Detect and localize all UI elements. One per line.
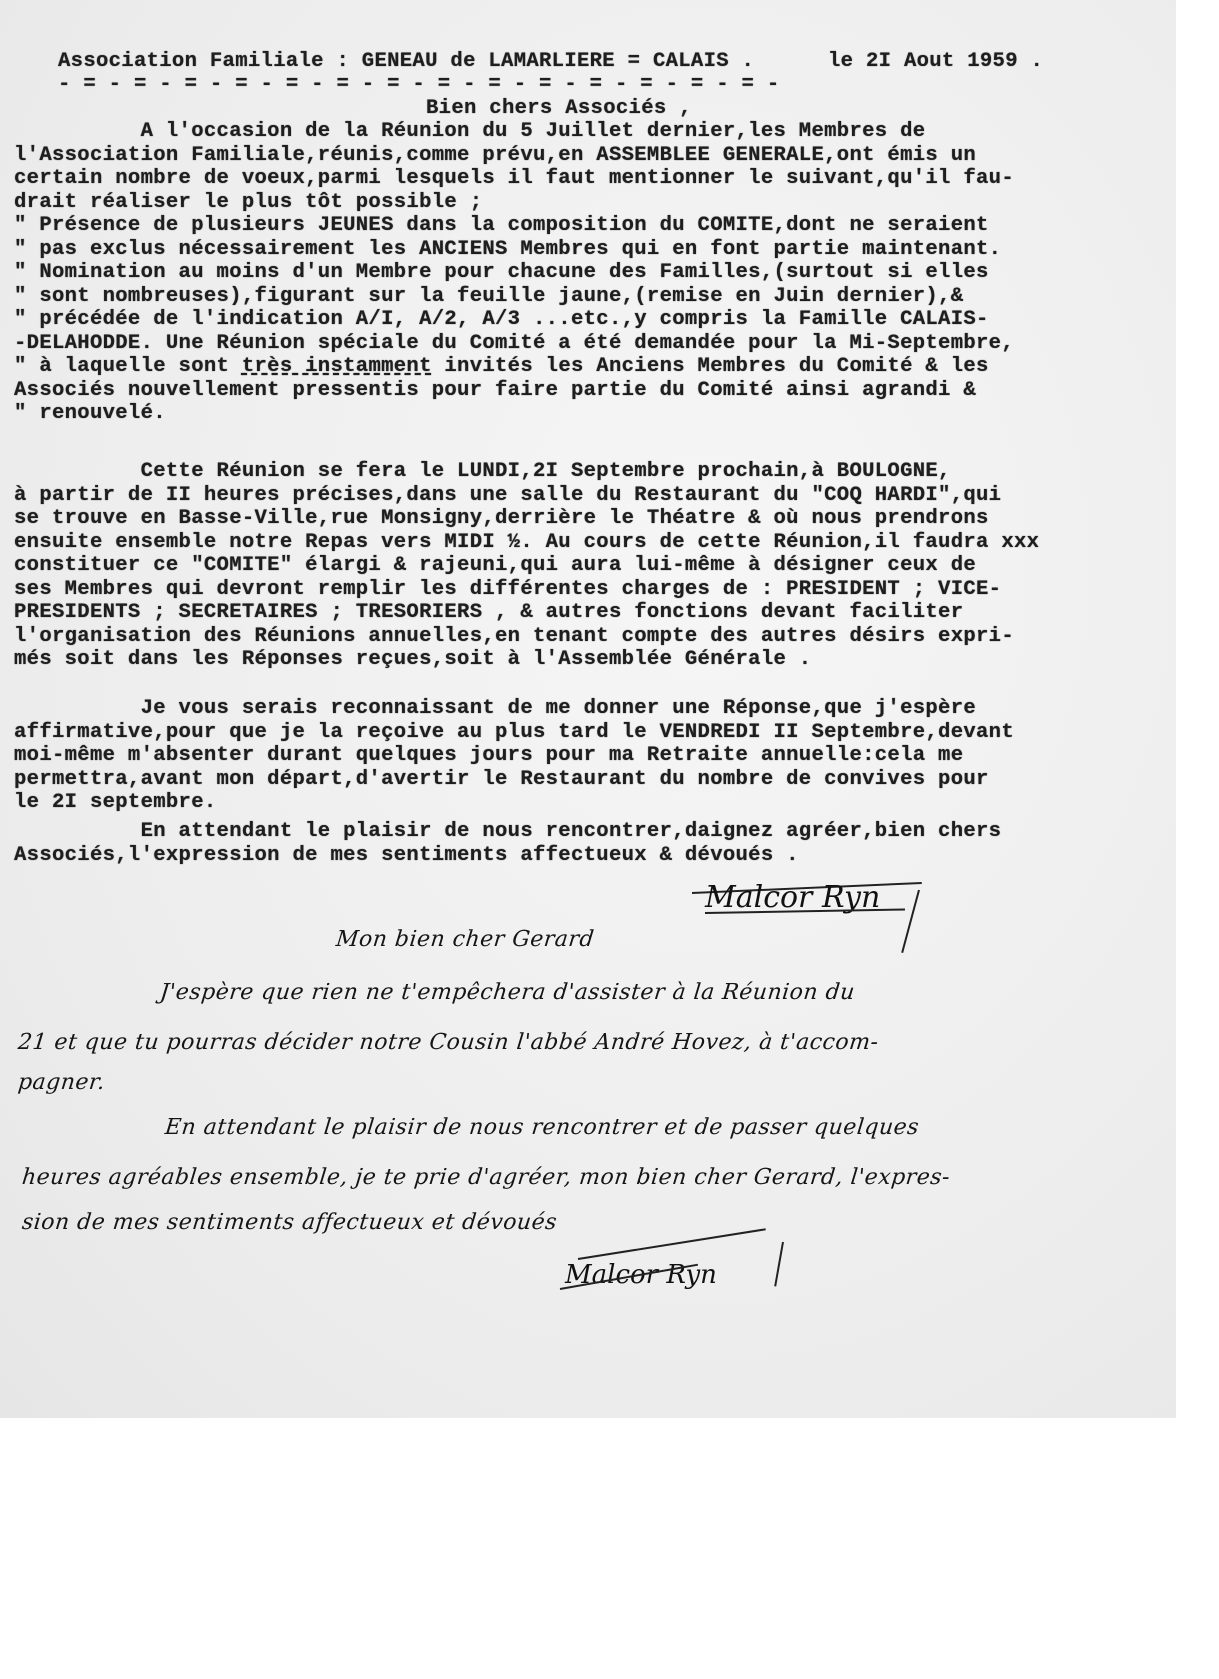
handwritten-line: pagner.	[17, 1070, 107, 1095]
typed-line: à partir de II heures précises,dans une …	[14, 484, 1001, 508]
typed-line: drait réaliser le plus tôt possible ;	[14, 191, 482, 215]
handwritten-line: heures agréables ensemble, je te prie d'…	[21, 1165, 952, 1190]
underlined-emphasis: très instamment	[242, 355, 432, 378]
typed-line: affirmative,pour que je la reçoive au pl…	[14, 721, 1014, 745]
typed-line: " sont nombreuses),figurant sur la feuil…	[14, 285, 963, 309]
handwritten-line: 21 et que tu pourras décider notre Cousi…	[17, 1030, 880, 1055]
typed-line: certain nombre de voeux,parmi lesquels i…	[14, 167, 1014, 191]
typed-line: PRESIDENTS ; SECRETAIRES ; TRESORIERS , …	[14, 601, 963, 625]
typed-line: " à laquelle sont très instamment invité…	[14, 355, 989, 379]
typed-line: " précédée de l'indication A/I, A/2, A/3…	[14, 308, 989, 332]
typed-line: -DELAHODDE. Une Réunion spéciale du Comi…	[14, 332, 1014, 356]
signature-tail	[901, 890, 920, 953]
typed-line: més soit dans les Réponses reçues,soit à…	[14, 648, 811, 672]
typed-line: permettra,avant mon départ,d'avertir le …	[14, 768, 989, 792]
typed-line: " pas exclus nécessairement les ANCIENS …	[14, 238, 1001, 262]
typed-line: l'organisation des Réunions annuelles,en…	[14, 625, 1014, 649]
typed-line: " Nomination au moins d'un Membre pour c…	[14, 261, 989, 285]
typed-line: Associés nouvellement pressentis pour fa…	[14, 379, 976, 403]
typed-line: constituer ce "COMITE" élargi & rajeuni,…	[14, 554, 976, 578]
typed-letter: Association Familiale : GENEAU de LAMARL…	[0, 0, 51, 353]
separator-line: - = - = - = - = - = - = - = - = - = - = …	[58, 73, 780, 97]
typed-line: Cette Réunion se fera le LUNDI,2I Septem…	[14, 460, 951, 484]
letter-date: le 2I Aout 1959 .	[828, 50, 1043, 74]
typed-line: moi-même m'absenter durant quelques jour…	[14, 744, 963, 768]
typed-line: " Présence de plusieurs JEUNES dans la c…	[14, 214, 989, 238]
handwritten-line: En attendant le plaisir de nous rencontr…	[164, 1115, 921, 1140]
handwritten-line: sion de mes sentiments affectueux et dév…	[21, 1210, 559, 1235]
typed-line: Associés,l'expression de mes sentiments …	[14, 844, 799, 868]
typed-line: Je vous serais reconnaissant de me donne…	[14, 697, 976, 721]
typed-line: l'Association Familiale,réunis,comme pré…	[14, 144, 976, 168]
signature-tail	[774, 1242, 784, 1287]
handwritten-line: J'espère que rien ne t'empêchera d'assis…	[159, 980, 857, 1005]
typed-line: A l'occasion de la Réunion du 5 Juillet …	[14, 120, 925, 144]
typed-line: ses Membres qui devront remplir les diff…	[14, 578, 1001, 602]
typed-line: " renouvelé.	[14, 402, 166, 426]
salutation: Bien chers Associés ,	[426, 97, 692, 121]
signature-flourish-top	[578, 1228, 766, 1260]
typed-line: En attendant le plaisir de nous rencontr…	[14, 820, 1001, 844]
typed-line: le 2I septembre.	[14, 791, 217, 815]
letter-paper: Association Familiale : GENEAU de LAMARL…	[0, 0, 1176, 1418]
typed-line: ensuite ensemble notre Repas vers MIDI ½…	[14, 531, 1039, 555]
handwritten-greeting: Mon bien cher Gerard	[335, 927, 596, 952]
typed-line: se trouve en Basse-Ville,rue Monsigny,de…	[14, 507, 989, 531]
letterhead-association: Association Familiale : GENEAU de LAMARL…	[58, 50, 754, 74]
